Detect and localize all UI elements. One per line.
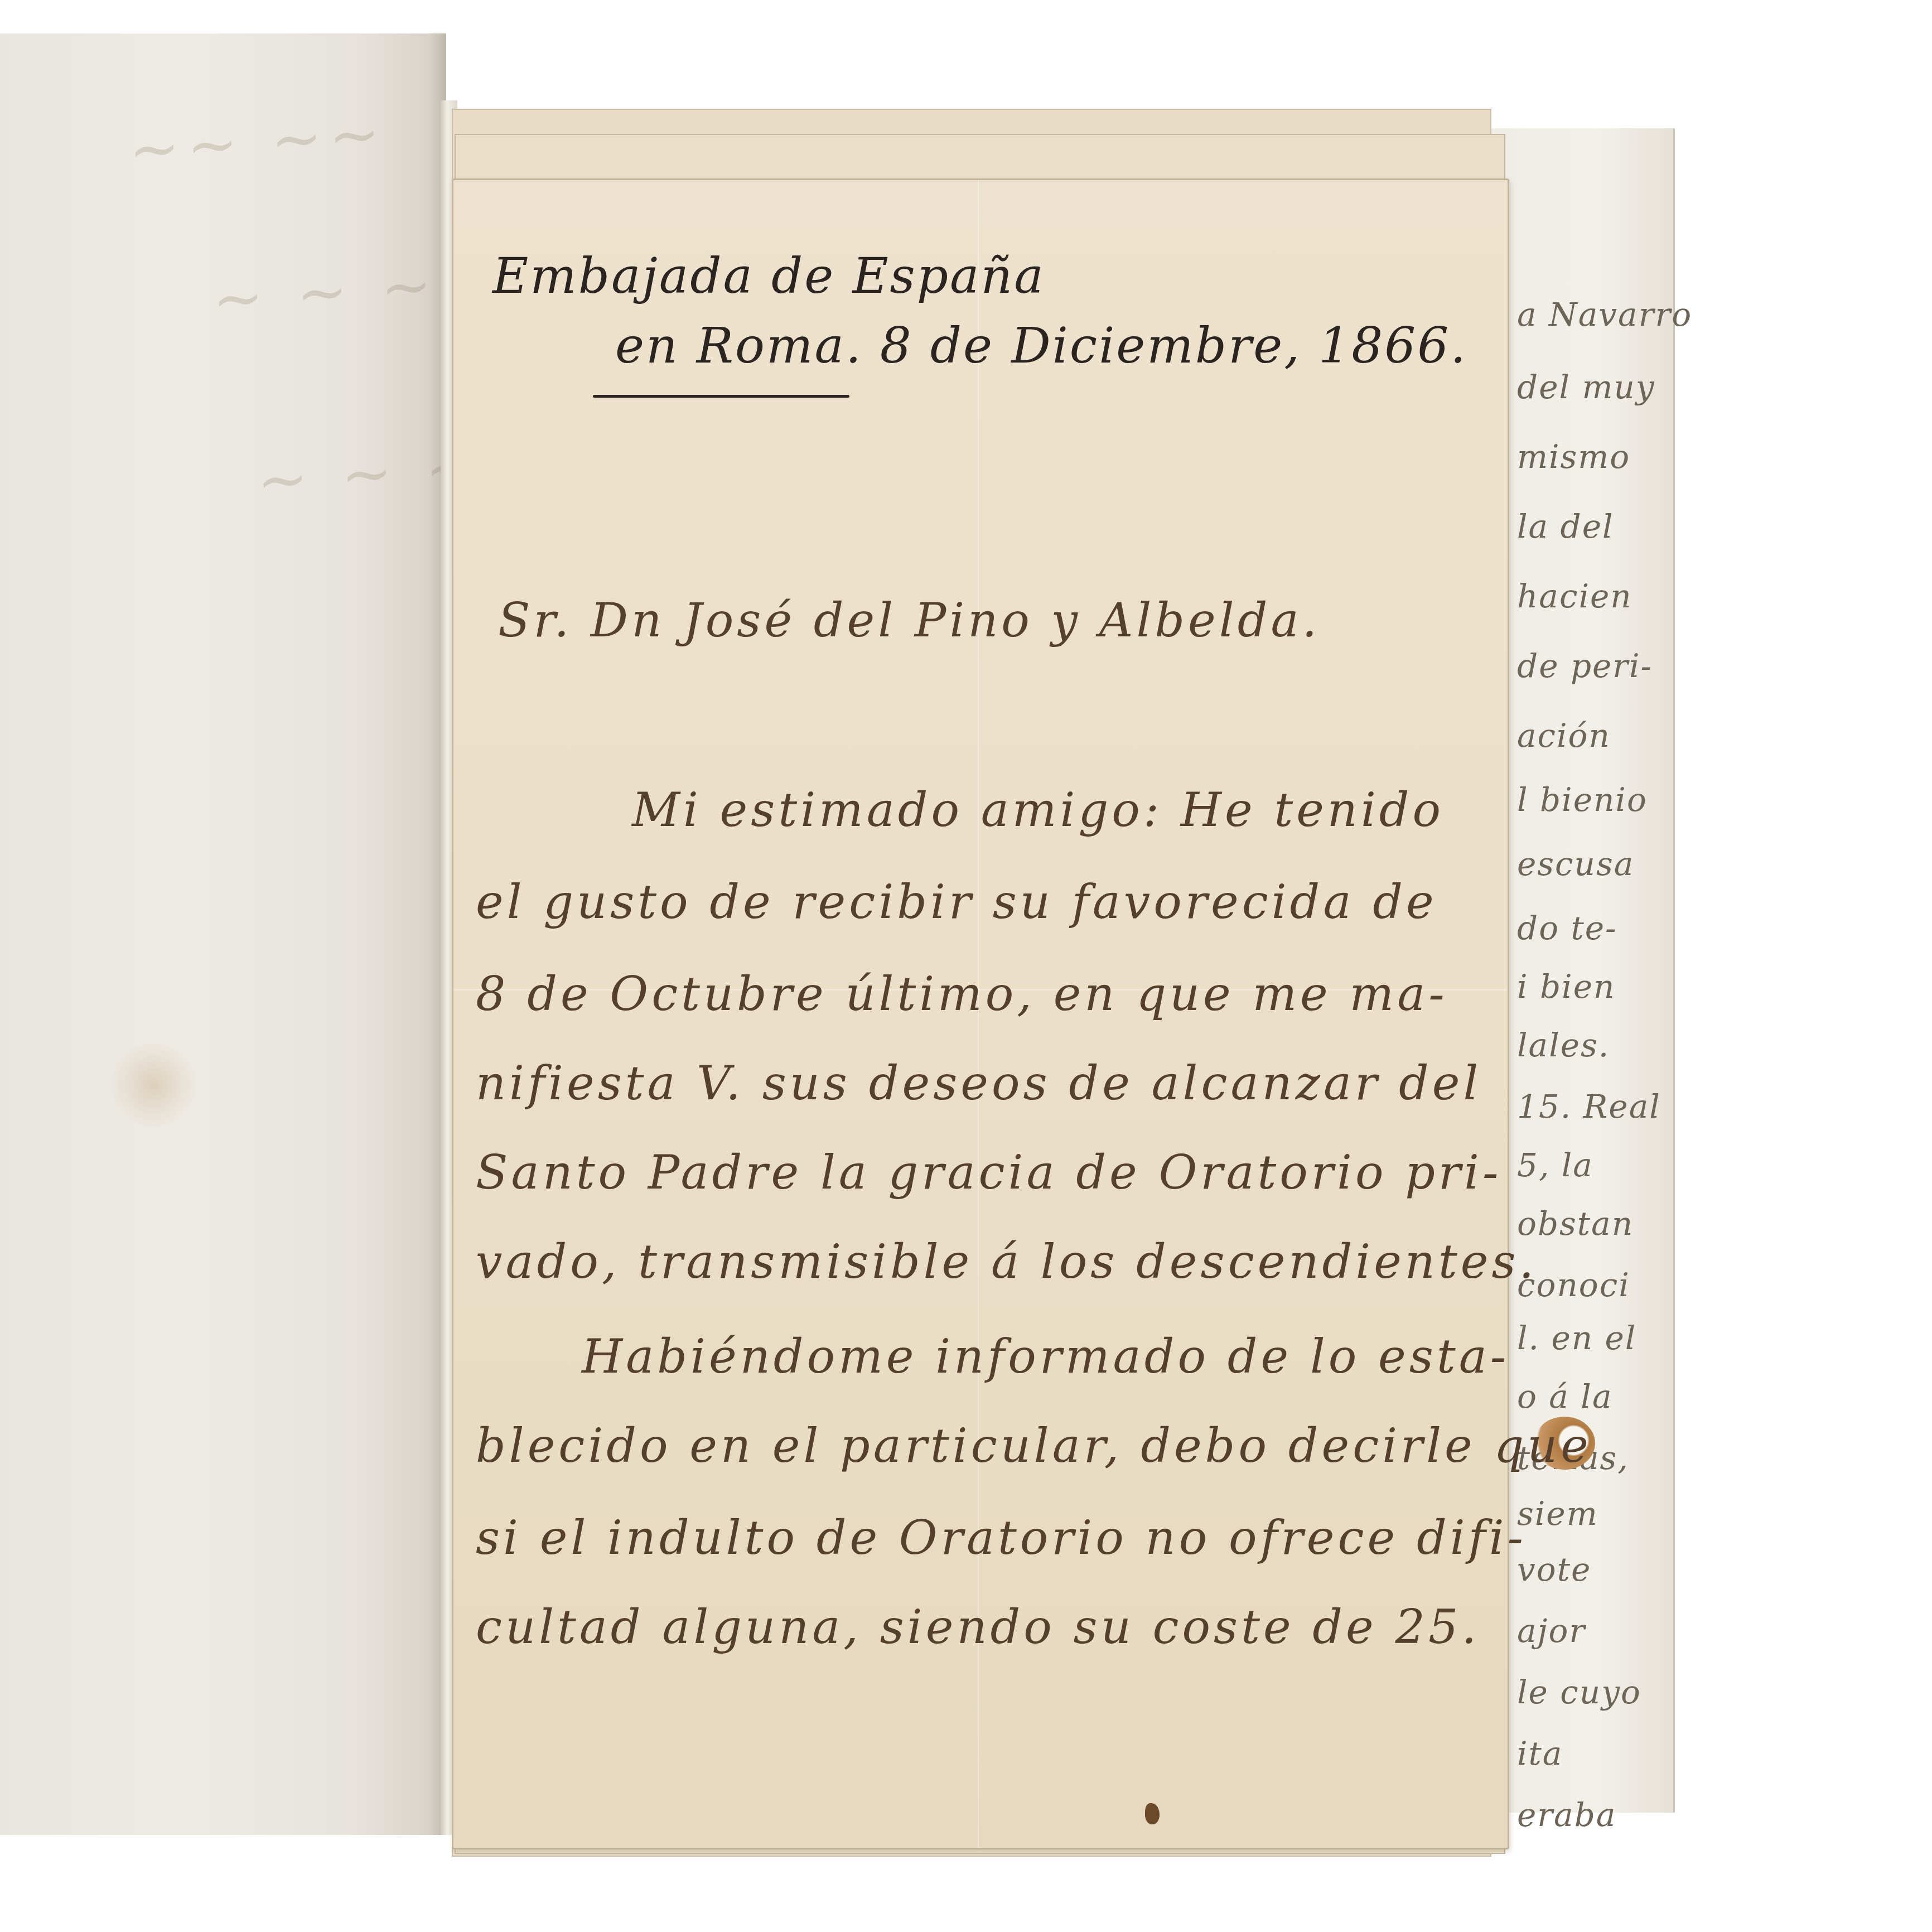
body-line: cultad alguna, siendo su coste de 25. [476, 1600, 1480, 1654]
bleed-through-text: ~ ~ ~ [210, 249, 441, 336]
fragment-line: 15. Real [1517, 1088, 1661, 1126]
paper-stain [106, 1043, 201, 1127]
fragment-line: ación [1517, 717, 1611, 755]
fragment-line: eraba [1517, 1796, 1616, 1834]
body-line: blecido en el particular, debo decirle q… [476, 1418, 1592, 1473]
body-line: si el indulto de Oratorio no ofrece difi… [476, 1510, 1527, 1565]
fragment-line: i bien [1517, 968, 1615, 1006]
fragment-line: l bienio [1517, 781, 1648, 819]
fragment-line: siem [1517, 1495, 1598, 1533]
left-blank-page: ~~ ~~ ~ ~ ~ ~ ~ ~ ~ [0, 33, 446, 1835]
fragment-line: do te- [1517, 909, 1617, 947]
fragment-line: escusa [1517, 845, 1634, 883]
fragment-line: l. en el [1517, 1319, 1636, 1357]
recipient-line: Sr. Dn José del Pino y Albelda. [498, 593, 1320, 648]
fragment-line: hacien [1517, 577, 1632, 615]
fragment-line: o á la [1517, 1378, 1613, 1416]
fragment-line: 5, la [1517, 1146, 1593, 1184]
body-line: Habiéndome informado de lo esta- [582, 1329, 1509, 1384]
letter-sheet: Embajada de España en Roma. 8 de Diciemb… [452, 178, 1509, 1849]
letterhead-date-line: en Roma. 8 de Diciembre, 1866. [615, 317, 1467, 374]
fragment-line: del muy [1517, 368, 1655, 406]
letterhead-rule [593, 395, 849, 398]
bleed-through-text: ~~ ~~ [126, 97, 389, 186]
body-line: 8 de Octubre último, en que me ma- [476, 967, 1448, 1021]
fragment-line: lales. [1517, 1026, 1610, 1064]
fragment-line: a Navarro [1517, 296, 1692, 334]
fragment-line: mismo [1517, 438, 1630, 476]
fragment-line: ajor [1517, 1612, 1586, 1650]
body-line: Mi estimado amigo: He tenido [632, 783, 1444, 837]
body-line: vado, transmisible á los descendientes. [476, 1234, 1537, 1289]
fragment-line: la del [1517, 508, 1614, 545]
body-line: Santo Padre la gracia de Oratorio pri- [476, 1145, 1501, 1200]
fragment-line: le cuyo [1517, 1673, 1641, 1711]
ink-blot [1145, 1803, 1160, 1824]
body-line: el gusto de recibir su favorecida de [476, 875, 1437, 929]
letterhead-line-1: Embajada de España [492, 247, 1045, 305]
fragment-line: de peri- [1517, 647, 1653, 685]
fragment-line: vote [1517, 1551, 1591, 1588]
fragment-line: ita [1517, 1735, 1563, 1772]
body-line: nifiesta V. sus deseos de alcanzar del [476, 1056, 1481, 1110]
